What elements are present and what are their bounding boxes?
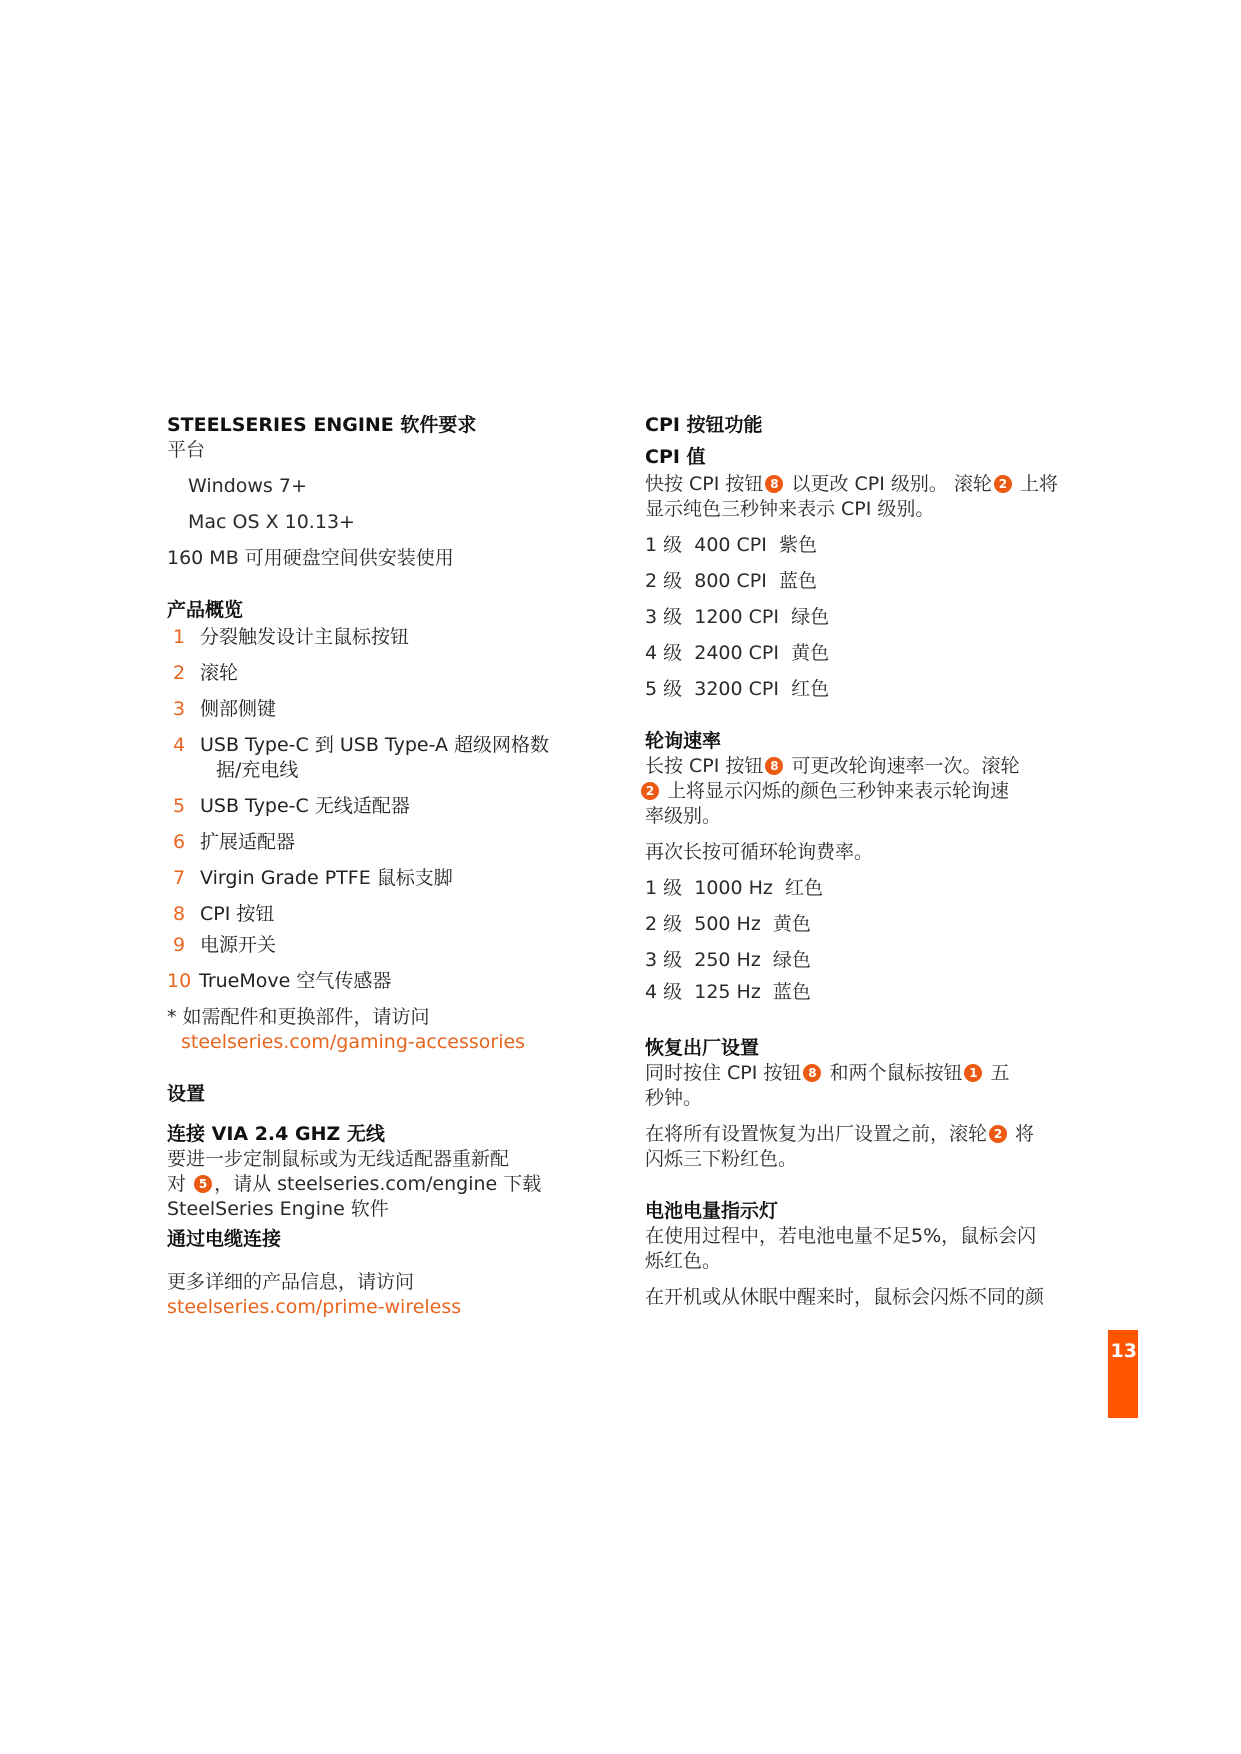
callout-badge-2: 2 <box>994 475 1012 493</box>
factory-reset-heading: 恢复出厂设置 <box>645 1035 1095 1061</box>
platform-windows: Windows 7+ <box>167 474 587 499</box>
cpi-level-row: 3 级 1200 CPI 绿色 <box>645 605 1095 630</box>
page-number-tab: 13 <box>1108 1330 1138 1418</box>
polling-text-line-1: 长按 CPI 按钮8 可更改轮询速率一次。滚轮 <box>645 754 1095 779</box>
overview-list: 1分裂触发设计主鼠标按钮 2滚轮 3侧部侧键 4USB Type-C 到 USB… <box>167 625 587 994</box>
wireless-text-line-1: 要进一步定制鼠标或为无线适配器重新配 <box>167 1147 587 1172</box>
wireless-text-line-2: 对 5，请从 steelseries.com/engine 下载 <box>167 1172 587 1197</box>
cpi-level-row: 2 级 800 CPI 蓝色 <box>645 569 1095 594</box>
disk-space-requirement: 160 MB 可用硬盘空间供安装使用 <box>167 546 587 571</box>
list-item: 10TrueMove 空气传感器 <box>167 969 587 994</box>
platform-mac: Mac OS X 10.13+ <box>167 510 587 535</box>
list-item: 3侧部侧键 <box>167 697 587 722</box>
battery-text-line-3: 在开机或从休眠中醒来时，鼠标会闪烁不同的颜 <box>645 1285 1095 1310</box>
reset-text-line-4: 闪烁三下粉红色。 <box>645 1147 1095 1172</box>
callout-badge-5: 5 <box>194 1175 212 1193</box>
callout-badge-2: 2 <box>641 782 659 800</box>
polling-rate-heading: 轮询速率 <box>645 728 1095 754</box>
callout-badge-8: 8 <box>803 1064 821 1082</box>
reset-text-line-1: 同时按住 CPI 按钮8 和两个鼠标按钮1 五 <box>645 1061 1095 1086</box>
cable-heading: 通过电缆连接 <box>167 1226 587 1252</box>
setup-heading: 设置 <box>167 1081 587 1107</box>
reset-text-line-2: 秒钟。 <box>645 1086 1095 1111</box>
left-column: STEELSERIES ENGINE 软件要求 平台 Windows 7+ Ma… <box>167 412 587 1320</box>
polling-text-line-2: 2 上将显示闪烁的颜色三秒钟来表示轮询速 <box>645 779 1095 804</box>
polling-level-row: 1 级 1000 Hz 红色 <box>645 876 1095 901</box>
polling-level-row: 4 级 125 Hz 蓝色 <box>645 980 1095 1005</box>
cpi-levels-list: 1 级 400 CPI 紫色 2 级 800 CPI 蓝色 3 级 1200 C… <box>645 533 1095 702</box>
battery-text-line-1: 在使用过程中，若电池电量不足5%，鼠标会闪 <box>645 1224 1095 1249</box>
engine-requirements-heading: STEELSERIES ENGINE 软件要求 <box>167 412 587 438</box>
cpi-level-row: 4 级 2400 CPI 黄色 <box>645 641 1095 666</box>
battery-text-line-2: 烁红色。 <box>645 1249 1095 1274</box>
list-item: 5USB Type-C 无线适配器 <box>167 794 587 819</box>
wireless-text-line-3: SteelSeries Engine 软件 <box>167 1197 587 1222</box>
list-item: 4USB Type-C 到 USB Type-A 超级网格数据/充电线 <box>167 733 587 783</box>
more-info-text: 更多详细的产品信息，请访问 <box>167 1270 587 1295</box>
platform-label: 平台 <box>167 438 587 463</box>
cpi-level-row: 1 级 400 CPI 紫色 <box>645 533 1095 558</box>
product-overview-heading: 产品概览 <box>167 597 587 623</box>
battery-indicator-heading: 电池电量指示灯 <box>645 1198 1095 1224</box>
product-info-link[interactable]: steelseries.com/prime-wireless <box>167 1295 587 1320</box>
reset-text-line-3: 在将所有设置恢复为出厂设置之前，滚轮2 将 <box>645 1122 1095 1147</box>
callout-badge-8: 8 <box>765 475 783 493</box>
cpi-text-line-1: 快按 CPI 按钮8 以更改 CPI 级别。 滚轮2 上将 <box>645 472 1095 497</box>
polling-cycle-text: 再次长按可循环轮询费率。 <box>645 840 1095 865</box>
list-item: 1分裂触发设计主鼠标按钮 <box>167 625 587 650</box>
list-item: 9电源开关 <box>167 933 587 958</box>
list-item: 7Virgin Grade PTFE 鼠标支脚 <box>167 866 587 891</box>
polling-level-row: 3 级 250 Hz 绿色 <box>645 948 1095 973</box>
polling-level-row: 2 级 500 Hz 黄色 <box>645 912 1095 937</box>
polling-levels-list: 1 级 1000 Hz 红色 2 级 500 Hz 黄色 3 级 250 Hz … <box>645 876 1095 1005</box>
list-item: 2滚轮 <box>167 661 587 686</box>
list-item: 8CPI 按钮 <box>167 902 587 927</box>
cpi-level-row: 5 级 3200 CPI 红色 <box>645 677 1095 702</box>
polling-text-line-3: 率级别。 <box>645 804 1095 829</box>
callout-badge-2: 2 <box>989 1125 1007 1143</box>
wireless-heading: 连接 VIA 2.4 GHZ 无线 <box>167 1121 587 1147</box>
right-column: CPI 按钮功能 CPI 值 快按 CPI 按钮8 以更改 CPI 级别。 滚轮… <box>645 412 1095 1310</box>
accessories-link[interactable]: steelseries.com/gaming-accessories <box>167 1030 587 1055</box>
cpi-function-heading: CPI 按钮功能 <box>645 412 1095 438</box>
callout-badge-8: 8 <box>765 757 783 775</box>
list-item: 6扩展适配器 <box>167 830 587 855</box>
cpi-text-line-2: 显示纯色三秒钟来表示 CPI 级别。 <box>645 497 1095 522</box>
cpi-value-heading: CPI 值 <box>645 444 1095 470</box>
accessories-note: * 如需配件和更换部件，请访问 <box>167 1005 587 1030</box>
callout-badge-1: 1 <box>964 1064 982 1082</box>
